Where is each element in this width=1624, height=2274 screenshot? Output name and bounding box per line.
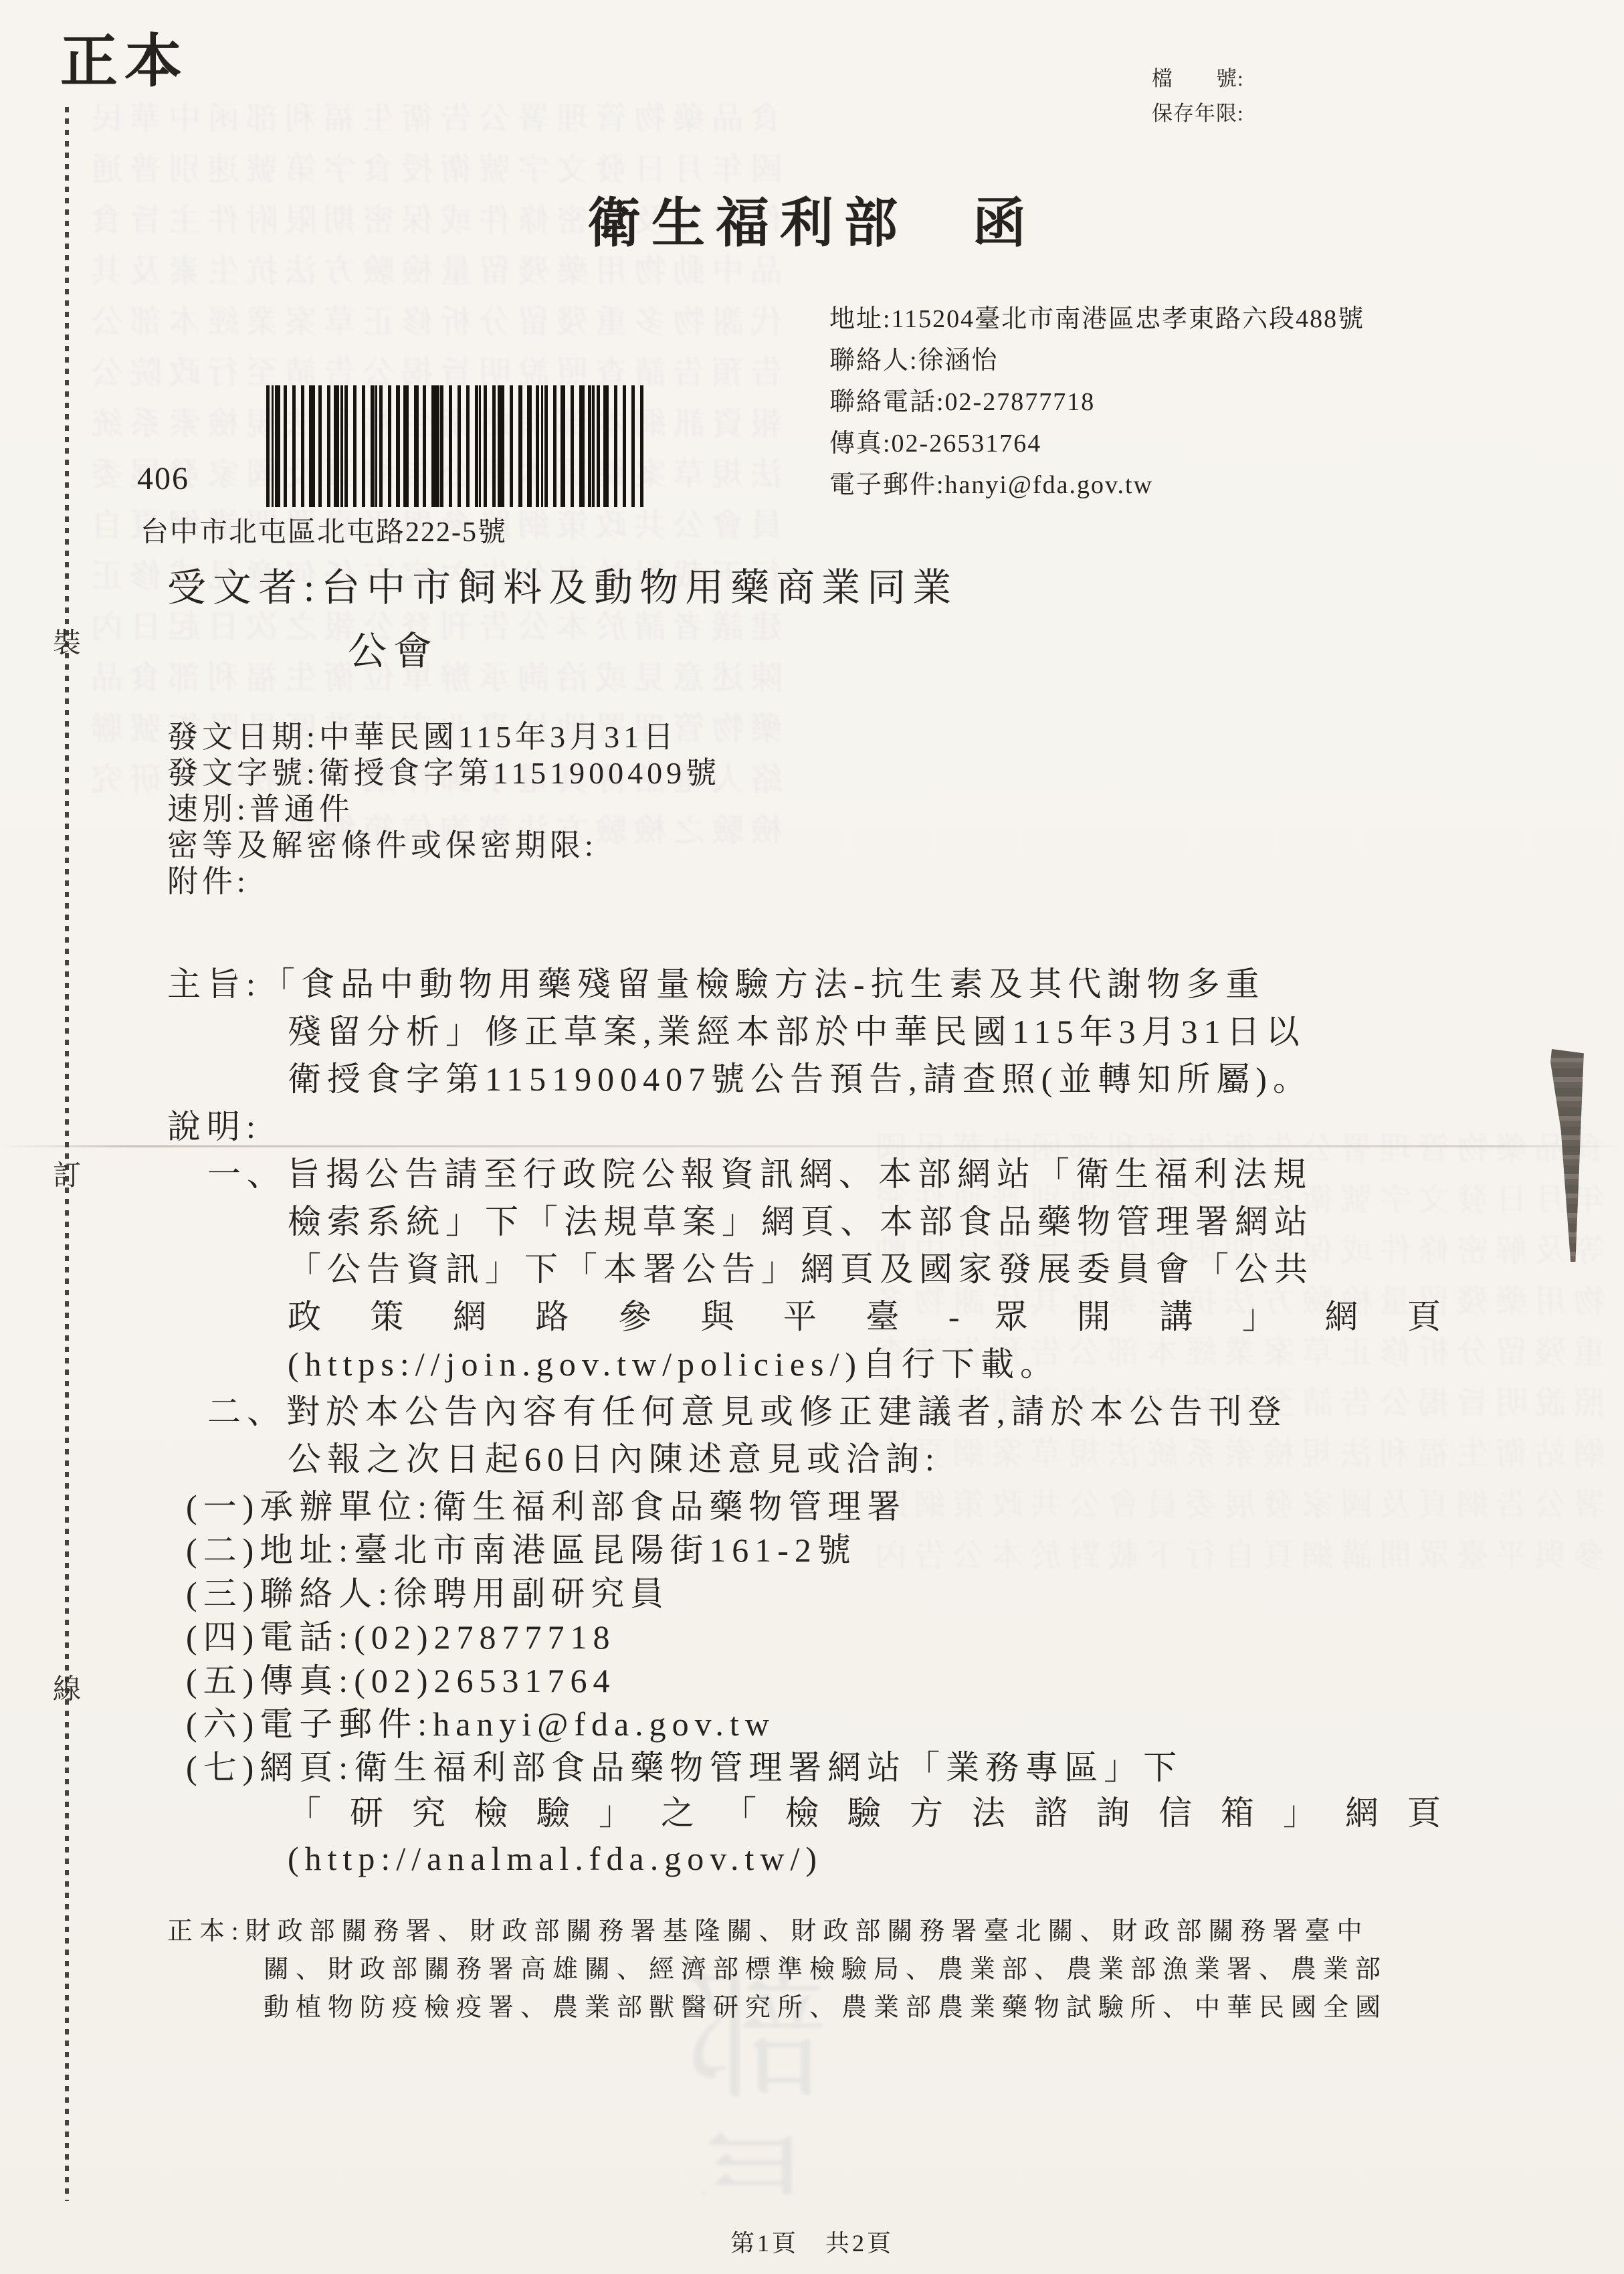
explanation-item1-line: 「公告資訊」下「本署公告」網頁及國家發展委員會「公共 <box>288 1250 1314 1289</box>
agency-address: 地址:115204臺北市南港區忠孝東路六段488號 <box>829 304 1364 335</box>
document-title: 衛生福利部 函 <box>0 193 1624 256</box>
explanation-item2-line: 二、對於本公告內容有任何意見或修正建議者,請於本公告刊登 <box>207 1392 1288 1432</box>
contact-subitem-wrap: 「 研 究 檢 驗 」 之 「 檢 驗 方 法 諮 詢 信 箱 」 網 頁 <box>288 1794 1447 1833</box>
subject-line: 殘留分析」修正草案,業經本部於中華民國115年3月31日以 <box>288 1012 1306 1052</box>
file-number-label: 檔 號: <box>1152 67 1244 92</box>
retention-period-label: 保存年限: <box>1152 102 1244 126</box>
explanation-item1-line: (https://join.gov.tw/policies/)自行下載。 <box>288 1345 1059 1384</box>
agency-contact-person: 聯絡人:徐涵怡 <box>829 346 999 376</box>
recipient-zip-code: 406 <box>137 460 189 498</box>
binding-char-zhuang: 裝 <box>49 621 84 661</box>
contact-subitem: (一)承辦單位:衛生福利部食品藥物管理署 <box>186 1487 906 1527</box>
agency-fax: 傳真:02-26531764 <box>829 429 1041 459</box>
copy-type-label: 正本 <box>60 28 189 96</box>
contact-subitem: (七)網頁:衛生福利部食品藥物管理署網站「業務專區」下 <box>186 1748 1183 1788</box>
distribution-line: 動植物防疫檢疫署、農業部獸醫研究所、農業部農業藥物試驗所、中華民國全國 <box>264 1993 1387 2023</box>
contact-subitem-wrap: (http://analmal.fda.gov.tw/) <box>288 1839 823 1879</box>
explanation-item2-line: 公報之次日起60日內陳述意見或洽詢: <box>288 1440 940 1479</box>
distribution-line: 正本:財政部關務署、財政部關務署基隆關、財政部關務署臺北關、財政部關務署臺中 <box>167 1917 1369 1947</box>
contact-subitem: (五)傳真:(02)26531764 <box>186 1661 616 1701</box>
subject-line: 衛授食字第1151900407號公告預告,請查照(並轉知所屬)。 <box>288 1060 1312 1099</box>
recipient-street-address: 台中市北屯區北屯路222-5號 <box>140 516 507 550</box>
explanation-item1-line: 政 策 網 路 參 與 平 臺 - 眾 開 講 」 網 頁 <box>288 1297 1447 1337</box>
binding-char-xian: 線 <box>49 1667 84 1707</box>
agency-phone: 聯絡電話:02-27877718 <box>829 387 1095 417</box>
security-classification: 密等及解密條件或保密期限: <box>167 828 597 864</box>
priority-level: 速別:普通件 <box>167 791 354 828</box>
explanation-heading: 說明: <box>167 1107 262 1147</box>
agency-email: 電子郵件:hanyi@fda.gov.tw <box>829 470 1153 500</box>
contact-subitem: (三)聯絡人:徐聘用副研究員 <box>186 1574 670 1614</box>
recipient-line-wrap: 公會 <box>348 629 439 674</box>
explanation-item1-line: 檢索系統」下「法規草案」網頁、本部食品藥物管理署網站 <box>288 1202 1314 1242</box>
distribution-line: 關、財政部關務署高雄關、經濟部標準檢驗局、農業部、農業部漁業署、農業部 <box>264 1955 1387 1985</box>
stamp-artifact <box>1550 1049 1585 1262</box>
recipient-line: 受文者:台中市飼料及動物用藥商業同業 <box>167 565 958 611</box>
scanned-letter-page: 食品藥物管理署公告衛生福利部函中華民國年月日發文字號衛授食字第號速別普通件密等及… <box>0 0 1624 2274</box>
page-number: 第1頁 共2頁 <box>0 2229 1624 2257</box>
subject-line: 主旨:「食品中動物用藥殘留量檢驗方法-抗生素及其代謝物多重 <box>167 965 1265 1004</box>
issue-date: 發文日期:中華民國115年3月31日 <box>167 719 678 755</box>
contact-subitem: (六)電子郵件:hanyi@fda.gov.tw <box>186 1705 775 1744</box>
attachment-label: 附件: <box>167 864 249 900</box>
explanation-item1-line: 一、旨揭公告請至行政院公報資訊網、本部網站「衛生福利法規 <box>207 1155 1312 1194</box>
bleedthrough-large-text: 部長 <box>522 1954 829 2194</box>
issue-number: 發文字號:衛授食字第1151900409號 <box>167 755 720 791</box>
binding-char-ding: 訂 <box>49 1153 84 1194</box>
contact-subitem: (二)地址:臺北市南港區昆陽街161-2號 <box>186 1531 857 1570</box>
mailing-barcode <box>266 385 645 507</box>
contact-subitem: (四)電話:(02)27877718 <box>186 1618 616 1657</box>
